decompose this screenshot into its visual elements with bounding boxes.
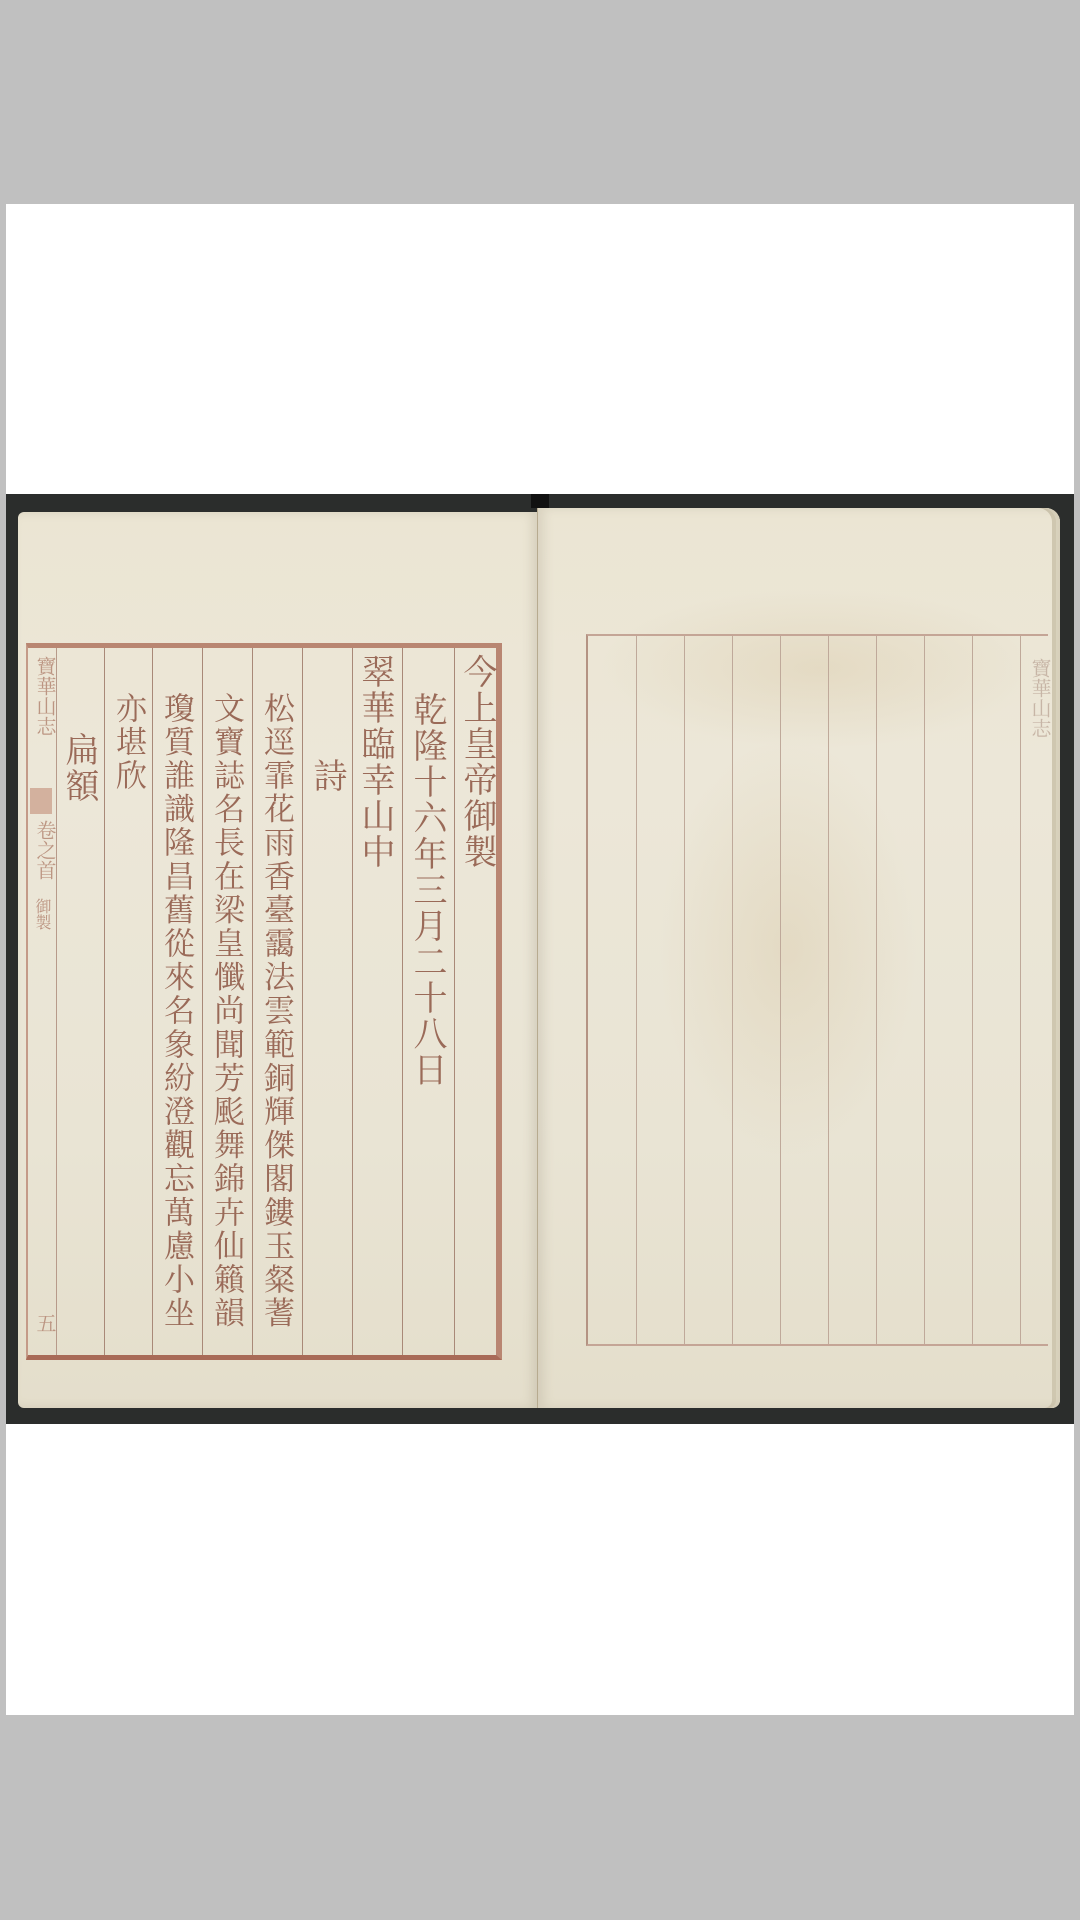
binding-shadow bbox=[531, 494, 549, 508]
column-rule bbox=[636, 636, 637, 1344]
right-page: 寶華山志 bbox=[538, 508, 1060, 1408]
right-page-frame bbox=[586, 634, 1048, 1346]
column-rule bbox=[202, 648, 203, 1355]
page-margin-strip: 寶華山志 卷之首 御製 五 bbox=[28, 648, 57, 1355]
fishtail-mark bbox=[30, 788, 52, 814]
column-rule bbox=[302, 648, 303, 1355]
poem-line-1: 松逕霏花雨香臺靄法雲範銅輝傑閣鏤玉粲蓍 bbox=[260, 692, 291, 1330]
margin-book-title: 寶華山志 bbox=[31, 656, 60, 736]
column-rule bbox=[252, 648, 253, 1355]
column-rule bbox=[780, 636, 781, 1344]
column-rule bbox=[352, 648, 353, 1355]
column-rule bbox=[972, 636, 973, 1344]
column-rule bbox=[1020, 636, 1021, 1344]
column-rule bbox=[924, 636, 925, 1344]
heading-imperial-composition: 今上皇帝御製 bbox=[460, 654, 494, 870]
margin-page-number: 五 bbox=[31, 1313, 60, 1333]
margin-subsection: 御製 bbox=[31, 898, 54, 930]
column-rule bbox=[454, 648, 455, 1355]
column-rule bbox=[684, 636, 685, 1344]
right-margin-title: 寶華山志 bbox=[1026, 658, 1055, 738]
column-rule bbox=[876, 636, 877, 1344]
column-rule bbox=[402, 648, 403, 1355]
column-rule bbox=[152, 648, 153, 1355]
column-rule bbox=[828, 636, 829, 1344]
poem-line-2: 文寶誌名長在梁皇懺尚聞芳颩舞錦卉仙籟韻 bbox=[210, 692, 241, 1330]
column-rule bbox=[732, 636, 733, 1344]
section-heading-plaques: 扁額 bbox=[62, 732, 96, 804]
book-scan-image[interactable]: 寶華山志 卷之首 御製 五 今上皇帝御製 乾隆十六年三月二十八日 翠華臨幸山中 … bbox=[6, 494, 1074, 1424]
left-page-frame: 寶華山志 卷之首 御製 五 今上皇帝御製 乾隆十六年三月二十八日 翠華臨幸山中 … bbox=[26, 643, 502, 1360]
date-line: 乾隆十六年三月二十八日 bbox=[410, 692, 444, 1088]
genre-label: 詩 bbox=[310, 758, 344, 794]
column-rule bbox=[104, 648, 105, 1355]
left-page: 寶華山志 卷之首 御製 五 今上皇帝御製 乾隆十六年三月二十八日 翠華臨幸山中 … bbox=[18, 512, 538, 1408]
poem-line-4: 亦堪欣 bbox=[112, 692, 143, 793]
poem-title: 翠華臨幸山中 bbox=[358, 654, 392, 870]
margin-section: 卷之首 bbox=[31, 820, 60, 880]
poem-line-3: 瓊質誰識隆昌舊從來名象紛澄觀忘萬慮小坐 bbox=[160, 692, 191, 1330]
